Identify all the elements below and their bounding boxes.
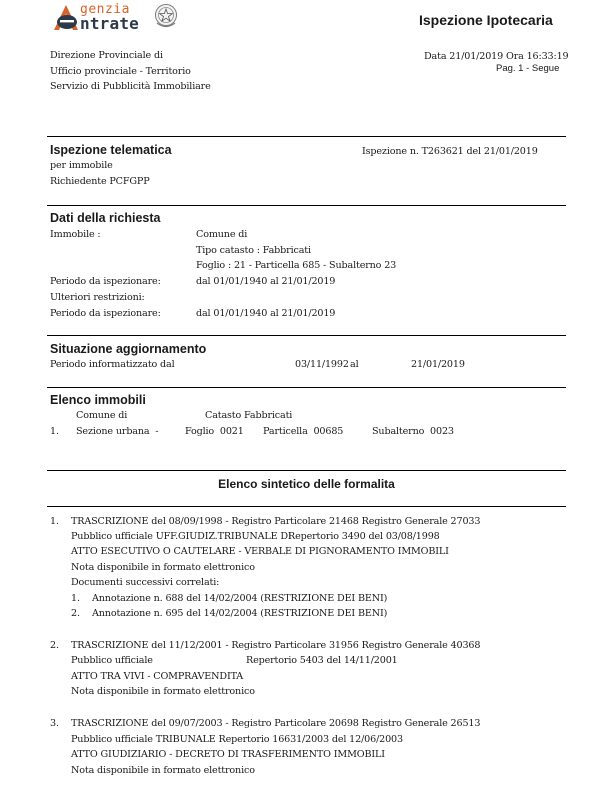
ulteriori-restrizioni-label: Ulteriori restrizioni:	[50, 292, 145, 303]
date-time: Data 21/01/2019 Ora 16:33:19	[424, 51, 569, 62]
formalita-atto: ATTO GIUDIZIARIO - DECRETO DI TRASFERIME…	[71, 749, 385, 760]
ispezione-number: Ispezione n. T263621 del 21/01/2019	[362, 146, 538, 157]
formalita-atto: ATTO ESECUTIVO O CAUTELARE - VERBALE DI …	[71, 546, 449, 557]
immobile-sezione: Sezione urbana -	[76, 426, 158, 437]
section-heading-formalita: Elenco sintetico delle formalita	[47, 477, 566, 491]
divider	[47, 205, 566, 206]
foglio-particella: Foglio : 21 - Particella 685 - Subaltern…	[196, 260, 396, 271]
agenzia-entrate-logo: genzia ntrate	[50, 2, 178, 34]
immobili-comune: Comune di	[76, 410, 127, 421]
formalita-nota: Nota disponibile in formato elettronico	[71, 686, 255, 697]
richiedente: Richiedente PCFGPP	[50, 174, 150, 190]
correlato-number: 2.	[71, 608, 80, 619]
immobile-foglio: Foglio 0021	[185, 426, 244, 437]
immobili-catasto: Catasto Fabbricati	[205, 410, 292, 421]
formalita-repertorio: Repertorio 5403 del 14/11/2001	[246, 655, 398, 666]
immobile-label: Immobile :	[50, 229, 101, 240]
immobile-subalterno: Subalterno 0023	[372, 426, 454, 437]
immobile-row-number: 1.	[50, 426, 59, 437]
correlato-annotazione: Annotazione n. 688 del 14/02/2004 (RESTR…	[92, 593, 387, 604]
aggiornamento-al: al	[350, 359, 359, 370]
section-heading-immobili: Elenco immobili	[50, 393, 146, 407]
formalita-pubblico-ufficiale: Pubblico ufficiale UFF.GIUDIZ.TRIBUNALE …	[71, 531, 292, 542]
correlato-annotazione: Annotazione n. 695 del 14/02/2004 (RESTR…	[92, 608, 387, 619]
office-line: Ufficio provinciale - Territorio	[50, 64, 211, 80]
divider	[47, 136, 566, 137]
formalita-number: 1.	[50, 516, 59, 527]
formalita-pubblico-ufficiale: Pubblico ufficiale	[71, 655, 153, 666]
document-title: Ispezione Ipotecaria	[419, 12, 553, 28]
logo-text-entrate: ntrate	[80, 14, 139, 33]
formalita-atto: ATTO TRA VIVI - COMPRAVENDITA	[71, 671, 243, 682]
formalita-number: 2.	[50, 640, 59, 651]
formalita-number: 3.	[50, 718, 59, 729]
periodo-value: dal 01/01/1940 al 21/01/2019	[196, 276, 335, 287]
section-heading-richiesta: Dati della richiesta	[50, 211, 160, 225]
periodo-informatizzato-label: Periodo informatizzato dal	[50, 359, 175, 370]
agenzia-a-e-logo-icon	[52, 3, 82, 31]
divider	[47, 470, 566, 471]
formalita-trascrizione: TRASCRIZIONE del 11/12/2001 - Registro P…	[71, 640, 480, 651]
office-line: Direzione Provinciale di	[50, 48, 211, 64]
formalita-nota: Nota disponibile in formato elettronico	[71, 765, 255, 776]
section-heading-aggiornamento: Situazione aggiornamento	[50, 342, 206, 356]
aggiornamento-to: 21/01/2019	[411, 359, 465, 370]
comune-value: Comune di	[196, 229, 247, 240]
immobile-particella: Particella 00685	[263, 426, 343, 437]
formalita-trascrizione: TRASCRIZIONE del 09/07/2003 - Registro P…	[71, 718, 480, 729]
correlati-label: Documenti successivi correlati:	[71, 577, 219, 588]
divider	[47, 506, 566, 507]
tipo-catasto: Tipo catasto : Fabbricati	[196, 245, 311, 256]
office-info: Direzione Provinciale di Ufficio provinc…	[50, 48, 211, 95]
periodo2-label: Periodo da ispezionare:	[50, 308, 161, 319]
periodo2-value: dal 01/01/1940 al 21/01/2019	[196, 308, 335, 319]
office-line: Servizio di Pubblicità Immobiliare	[50, 79, 211, 95]
italian-republic-emblem-icon	[154, 3, 178, 29]
formalita-pubblico-ufficiale: Pubblico ufficiale TRIBUNALE Repertorio …	[71, 734, 403, 745]
formalita-repertorio: Repertorio 3490 del 03/08/1998	[288, 531, 440, 542]
divider	[47, 387, 566, 388]
section-heading-ispezione: Ispezione telematica	[50, 143, 172, 157]
formalita-nota: Nota disponibile in formato elettronico	[71, 562, 255, 573]
formalita-trascrizione: TRASCRIZIONE del 08/09/1998 - Registro P…	[71, 516, 480, 527]
ispezione-details: per immobile Richiedente PCFGPP	[50, 158, 150, 189]
divider	[47, 335, 566, 336]
aggiornamento-from: 03/11/1992	[295, 359, 349, 370]
periodo-label: Periodo da ispezionare:	[50, 276, 161, 287]
correlato-number: 1.	[71, 593, 80, 604]
ispezione-subtitle: per immobile	[50, 158, 150, 174]
page-indicator: Pag. 1 - Segue	[496, 63, 559, 74]
